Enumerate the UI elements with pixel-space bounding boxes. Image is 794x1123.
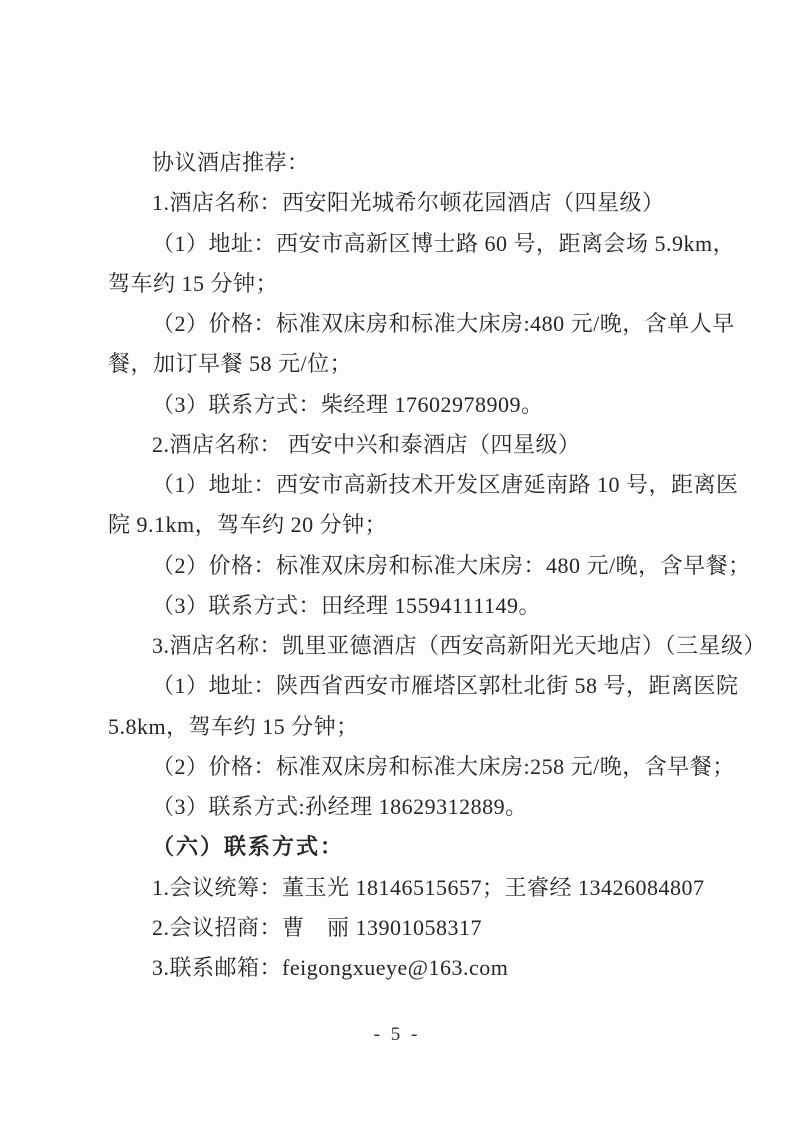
document-line: （2）价格：标准双床房和标准大床房:480 元/晚，含单人早	[108, 304, 728, 344]
document-line: 5.8km，驾车约 15 分钟；	[108, 707, 728, 747]
page-footer: - 5 -	[0, 1024, 794, 1046]
document-line: 2.会议招商：曹 丽 13901058317	[108, 908, 728, 948]
document-line: （1）地址：陕西省西安市雁塔区郭杜北街 58 号，距离医院	[108, 666, 728, 706]
document-line: 院 9.1km，驾车约 20 分钟；	[108, 505, 728, 545]
document-line: （3）联系方式：田经理 15594111149。	[108, 586, 728, 626]
document-line: 3.联系邮箱：feigongxueye@163.com	[108, 948, 728, 988]
document-line: 1.酒店名称：西安阳光城希尔顿花园酒店（四星级）	[108, 183, 728, 223]
document-line: （1）地址：西安市高新区博士路 60 号，距离会场 5.9km，	[108, 224, 728, 264]
document-line: 餐，加订早餐 58 元/位；	[108, 344, 728, 384]
document-line: （1）地址：西安市高新技术开发区唐延南路 10 号，距离医	[108, 465, 728, 505]
document-page: 协议酒店推荐：1.酒店名称：西安阳光城希尔顿花园酒店（四星级）（1）地址：西安市…	[0, 0, 794, 1123]
document-line: 驾车约 15 分钟；	[108, 264, 728, 304]
document-line: 2.酒店名称： 西安中兴和泰酒店（四星级）	[108, 425, 728, 465]
document-line: 协议酒店推荐：	[108, 143, 728, 183]
document-line: （2）价格：标准双床房和标准大床房：480 元/晚，含早餐；	[108, 546, 728, 586]
page-number: - 5 -	[374, 1024, 421, 1046]
document-line: （3）联系方式:孙经理 18629312889。	[108, 787, 728, 827]
document-body: 协议酒店推荐：1.酒店名称：西安阳光城希尔顿花园酒店（四星级）（1）地址：西安市…	[108, 143, 728, 988]
document-line: （六）联系方式：	[108, 827, 728, 867]
document-line: 1.会议统筹：董玉光 18146515657；王睿经 13426084807	[108, 868, 728, 908]
document-line: （3）联系方式：柴经理 17602978909。	[108, 385, 728, 425]
document-line: 3.酒店名称：凯里亚德酒店（西安高新阳光天地店）（三星级）	[108, 626, 728, 666]
document-line: （2）价格：标准双床房和标准大床房:258 元/晚，含早餐；	[108, 747, 728, 787]
